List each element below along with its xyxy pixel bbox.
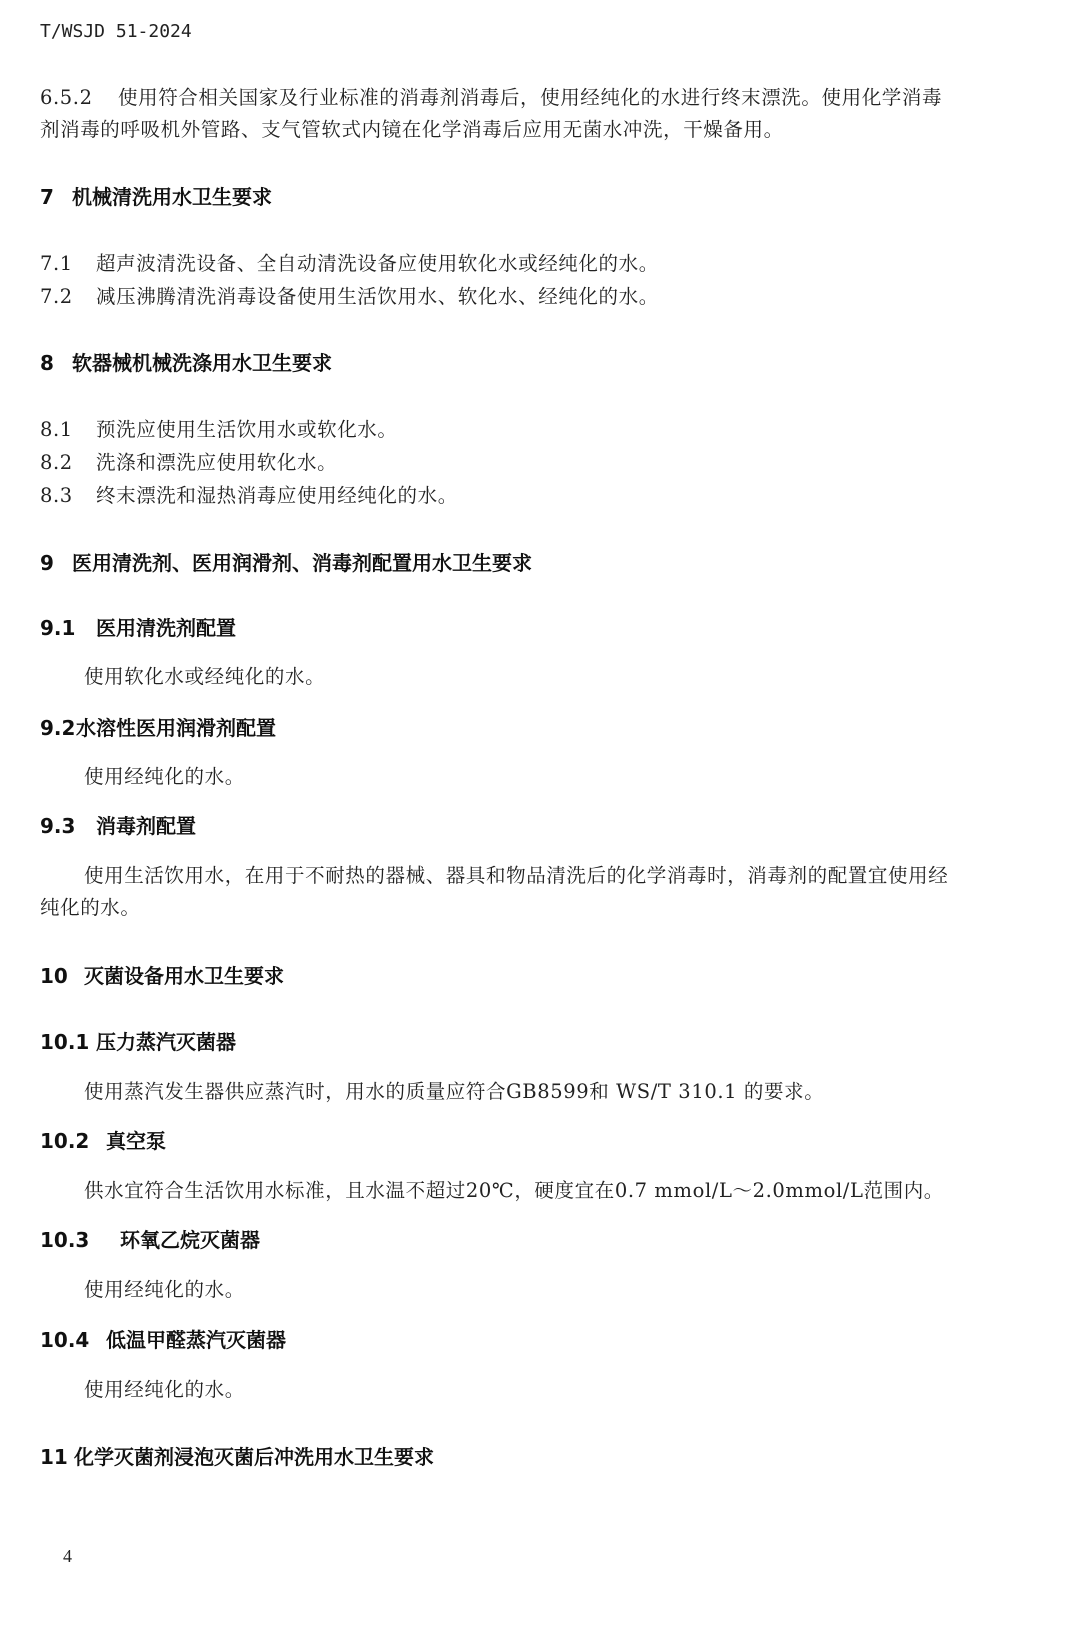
section-10-heading: 10灭菌设备用水卫生要求: [40, 964, 284, 988]
clause-number: 8.2: [40, 451, 96, 475]
subsection-10-2-heading: 10.2真空泵: [40, 1129, 166, 1153]
subsection-10-4-heading: 10.4低温甲醛蒸汽灭菌器: [40, 1328, 286, 1352]
clause-number: 8.1: [40, 418, 96, 442]
subsection-10-3-body: 使用经纯化的水。: [84, 1278, 245, 1302]
subsection-10-2-body: 供水宜符合生活饮用水标准，且水温不超过20℃，硬度宜在0.7 mmol/L～2.…: [84, 1179, 944, 1203]
section-number: 11: [40, 1445, 74, 1469]
clause-7-2: 7.2减压沸腾清洗消毒设备使用生活饮用水、软化水、经纯化的水。: [40, 285, 659, 309]
section-number: 10: [40, 964, 84, 988]
subsection-number: 10.4: [40, 1328, 106, 1352]
clause-text: 预洗应使用生活饮用水或软化水。: [96, 418, 398, 441]
clause-8-2: 8.2洗涤和漂洗应使用软化水。: [40, 451, 337, 475]
section-title: 医用清洗剂、医用润滑剂、消毒剂配置用水卫生要求: [72, 551, 532, 575]
subsection-9-3-body-line2: 纯化的水。: [40, 896, 141, 920]
subsection-title: 环氧乙烷灭菌器: [120, 1228, 260, 1252]
subsection-10-4-body: 使用经纯化的水。: [84, 1378, 245, 1402]
subsection-9-3-body-line1: 使用生活饮用水，在用于不耐热的器械、器具和物品清洗后的化学消毒时，消毒剂的配置宜…: [84, 864, 948, 888]
clause-6-5-2-line2: 剂消毒的呼吸机外管路、支气管软式内镜在化学消毒后应用无菌水冲洗，干燥备用。: [40, 118, 784, 142]
clause-text: 减压沸腾清洗消毒设备使用生活饮用水、软化水、经纯化的水。: [96, 285, 659, 308]
clause-6-5-2-line1: 6.5.2使用符合相关国家及行业标准的消毒剂消毒后，使用经纯化的水进行终末漂洗。…: [40, 86, 942, 110]
section-number: 7: [40, 185, 72, 209]
section-number: 8: [40, 351, 72, 375]
section-11-heading: 11化学灭菌剂浸泡灭菌后冲洗用水卫生要求: [40, 1445, 434, 1469]
page-number: 4: [63, 1544, 72, 1568]
section-title: 软器械机械洗涤用水卫生要求: [72, 351, 332, 375]
subsection-9-2-heading: 9.2水溶性医用润滑剂配置: [40, 716, 276, 740]
clause-7-1: 7.1超声波清洗设备、全自动清洗设备应使用软化水或经纯化的水。: [40, 252, 659, 276]
section-7-heading: 7机械清洗用水卫生要求: [40, 185, 272, 209]
section-title: 化学灭菌剂浸泡灭菌后冲洗用水卫生要求: [74, 1445, 434, 1469]
section-9-heading: 9医用清洗剂、医用润滑剂、消毒剂配置用水卫生要求: [40, 551, 532, 575]
clause-number: 8.3: [40, 484, 96, 508]
subsection-title: 真空泵: [106, 1129, 166, 1153]
clause-number: 7.1: [40, 252, 96, 276]
subsection-number: 10.3: [40, 1228, 120, 1252]
document-code: T/WSJD 51-2024: [40, 20, 192, 44]
subsection-10-1-body: 使用蒸汽发生器供应蒸汽时，用水的质量应符合GB8599和 WS/T 310.1 …: [84, 1080, 824, 1104]
subsection-9-1-body: 使用软化水或经纯化的水。: [84, 665, 325, 689]
subsection-10-1-heading: 10.1压力蒸汽灭菌器: [40, 1030, 236, 1054]
clause-8-1: 8.1预洗应使用生活饮用水或软化水。: [40, 418, 398, 442]
clause-text: 终末漂洗和湿热消毒应使用经纯化的水。: [96, 484, 458, 507]
subsection-title: 低温甲醛蒸汽灭菌器: [106, 1328, 286, 1352]
section-number: 9: [40, 551, 72, 575]
clause-text: 使用符合相关国家及行业标准的消毒剂消毒后，使用经纯化的水进行终末漂洗。使用化学消…: [118, 86, 942, 109]
subsection-10-3-heading: 10.3环氧乙烷灭菌器: [40, 1228, 260, 1252]
section-title: 机械清洗用水卫生要求: [72, 185, 272, 209]
subsection-title: 水溶性医用润滑剂配置: [76, 716, 276, 740]
subsection-number: 9.2: [40, 716, 76, 740]
subsection-number: 10.1: [40, 1030, 96, 1054]
clause-text: 超声波清洗设备、全自动清洗设备应使用软化水或经纯化的水。: [96, 252, 659, 275]
subsection-number: 9.1: [40, 616, 96, 640]
clause-text: 洗涤和漂洗应使用软化水。: [96, 451, 337, 474]
clause-number: 6.5.2: [40, 86, 118, 110]
subsection-title: 医用清洗剂配置: [96, 616, 236, 640]
clause-number: 7.2: [40, 285, 96, 309]
subsection-9-2-body: 使用经纯化的水。: [84, 765, 245, 789]
subsection-9-3-heading: 9.3消毒剂配置: [40, 814, 196, 838]
section-8-heading: 8软器械机械洗涤用水卫生要求: [40, 351, 332, 375]
clause-8-3: 8.3终末漂洗和湿热消毒应使用经纯化的水。: [40, 484, 458, 508]
subsection-number: 9.3: [40, 814, 96, 838]
section-title: 灭菌设备用水卫生要求: [84, 964, 284, 988]
subsection-number: 10.2: [40, 1129, 106, 1153]
subsection-title: 消毒剂配置: [96, 814, 196, 838]
subsection-title: 压力蒸汽灭菌器: [96, 1030, 236, 1054]
subsection-9-1-heading: 9.1医用清洗剂配置: [40, 616, 236, 640]
